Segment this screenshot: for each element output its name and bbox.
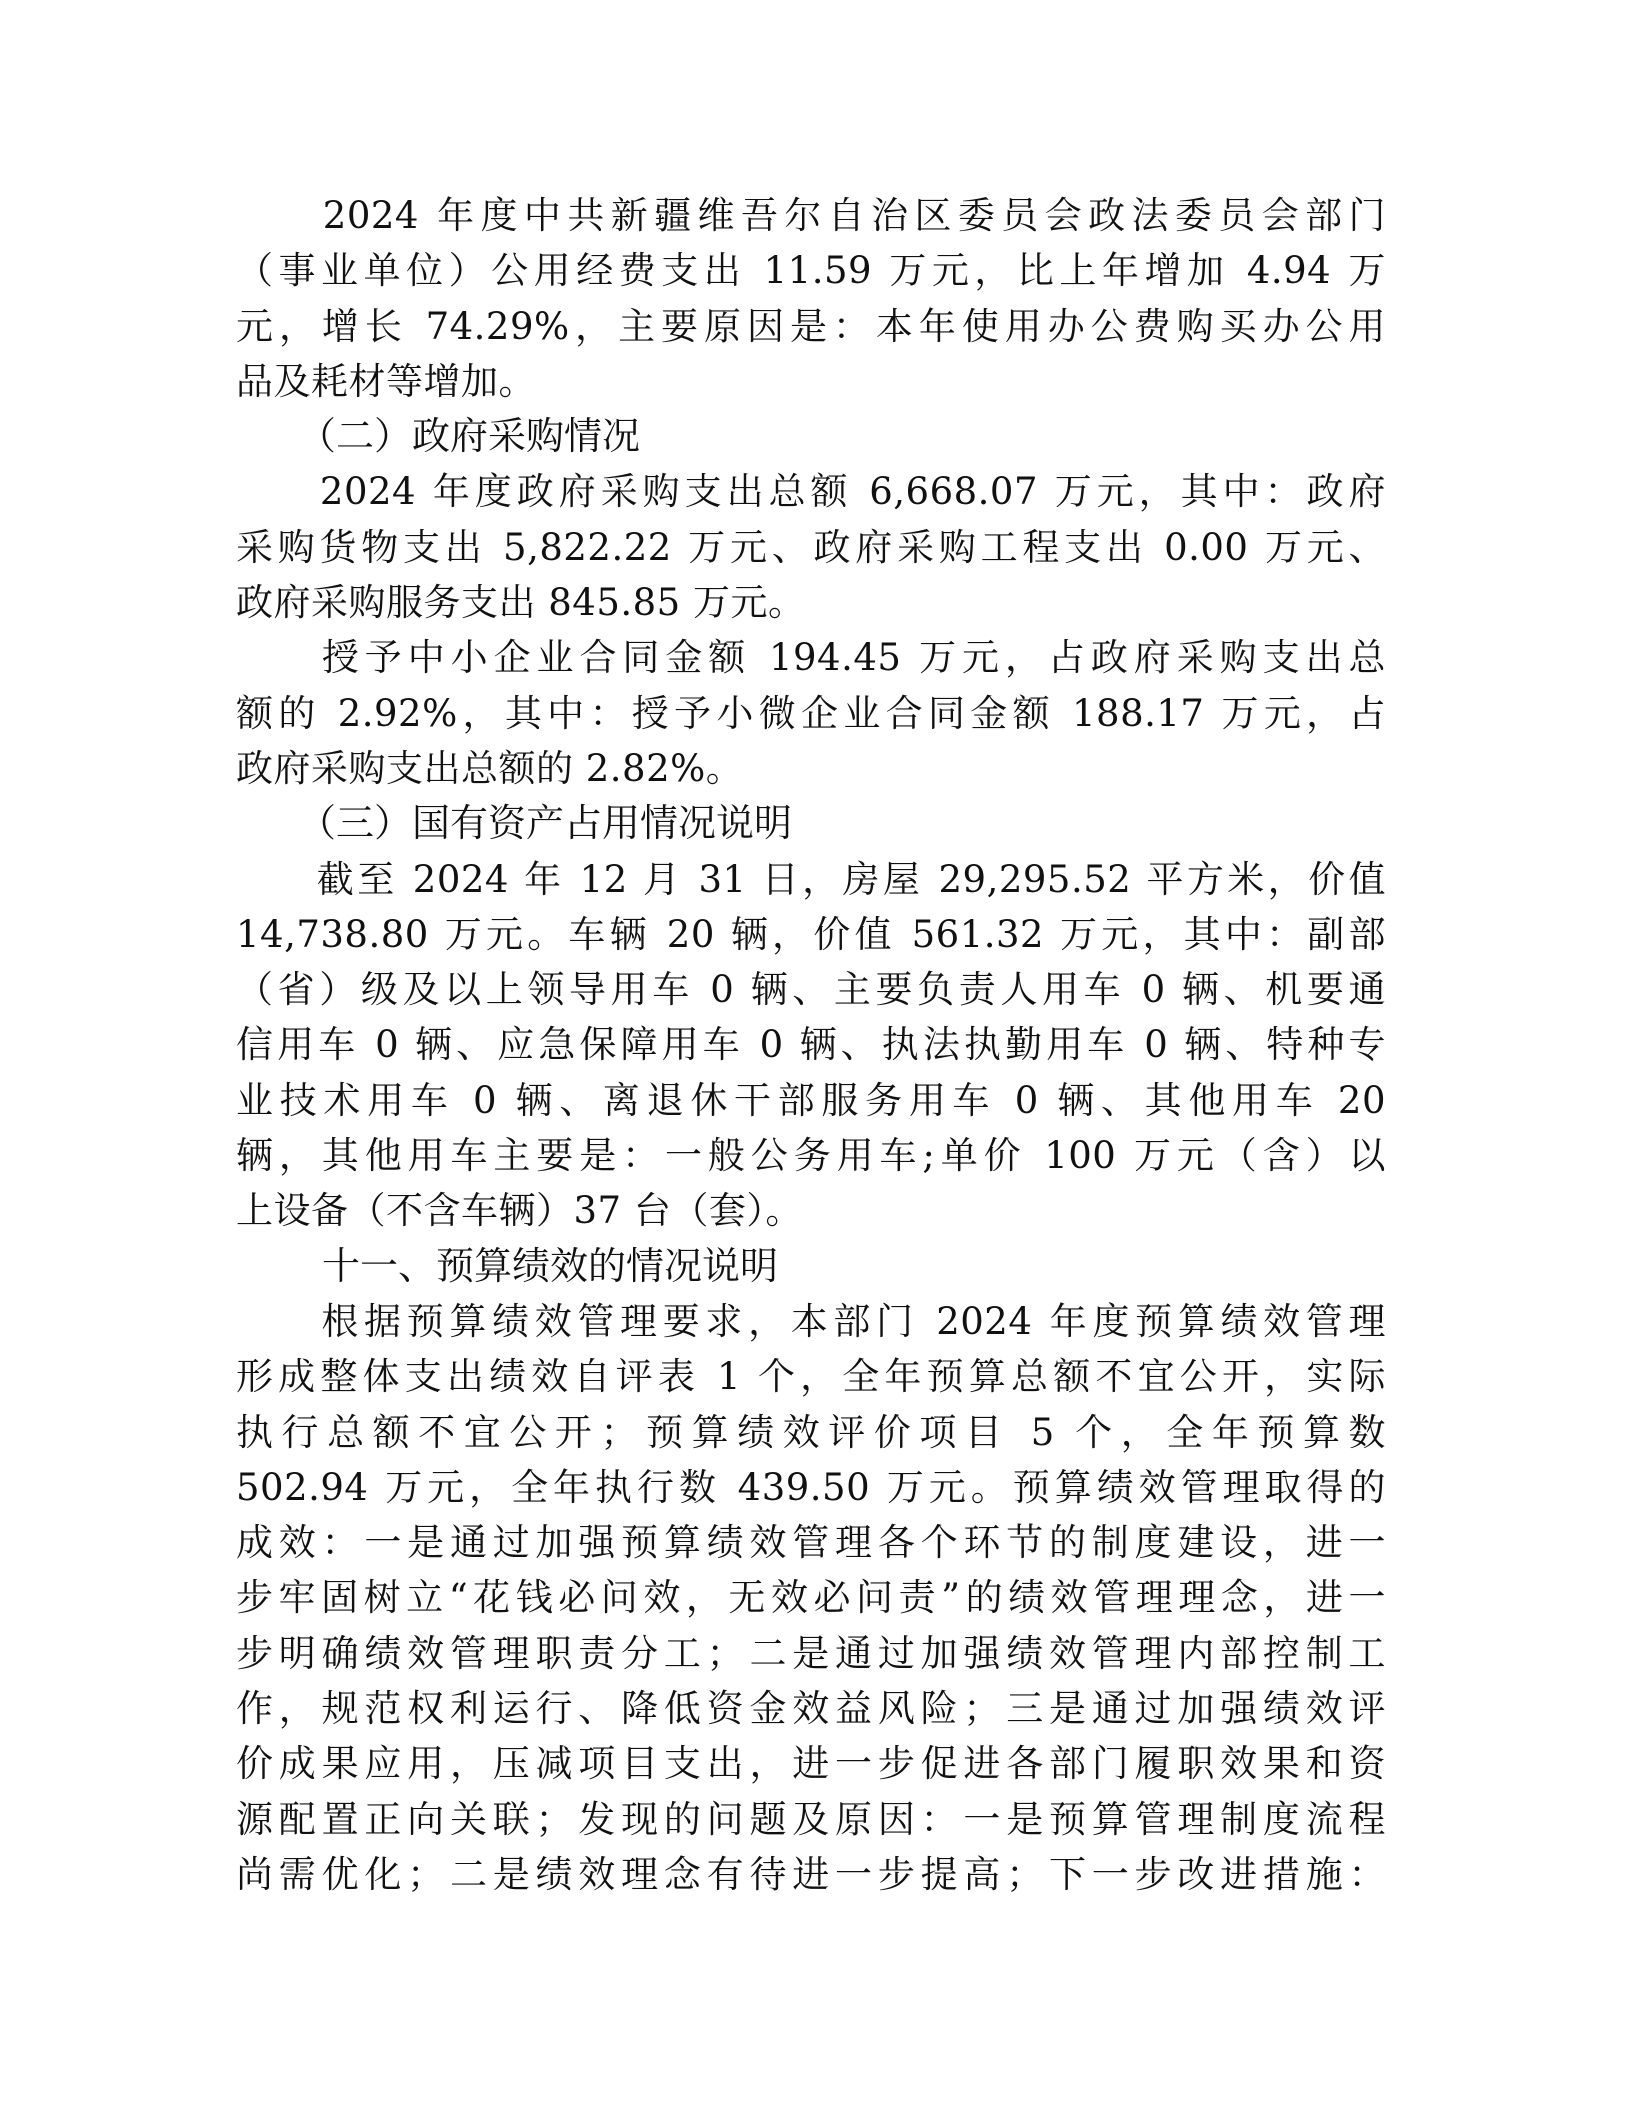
text-line: 政府采购服务支出 845.85 万元。 bbox=[236, 575, 1386, 630]
paragraph-public-expenditure: 2024 年度中共新疆维吾尔自治区委员会政法委员会部门 （事业单位）公用经费支出… bbox=[236, 188, 1386, 409]
text-line: 2024 年度政府采购支出总额 6,668.07 万元，其中：政府 bbox=[236, 464, 1386, 519]
text-line: 14,738.80 万元。车辆 20 辆，价值 561.32 万元，其中：副部 bbox=[236, 907, 1386, 962]
paragraph-sme-contracts: 授予中小企业合同金额 194.45 万元，占政府采购支出总 额的 2.92%，其… bbox=[236, 630, 1386, 796]
text-line: 步明确绩效管理职责分工；二是通过加强绩效管理内部控制工 bbox=[236, 1626, 1386, 1681]
text-line: （省）级及以上领导用车 0 辆、主要负责人用车 0 辆、机要通 bbox=[236, 962, 1386, 1017]
text-line: 上设备（不含车辆）37 台（套）。 bbox=[236, 1183, 1386, 1238]
text-line: 执行总额不宜公开；预算绩效评价项目 5 个，全年预算数 bbox=[236, 1405, 1386, 1460]
section-heading-budget-performance: 十一、预算绩效的情况说明 bbox=[236, 1239, 1386, 1294]
text-line: 尚需优化；二是绩效理念有待进一步提高；下一步改进措施： bbox=[236, 1847, 1386, 1902]
text-line: 辆，其他用车主要是：一般公务用车;单价 100 万元（含）以 bbox=[236, 1128, 1386, 1183]
text-line: 信用车 0 辆、应急保障用车 0 辆、执法执勤用车 0 辆、特种专 bbox=[236, 1017, 1386, 1072]
text-line: 元，增长 74.29%，主要原因是：本年使用办公费购买办公用 bbox=[236, 299, 1386, 354]
document-page: 2024 年度中共新疆维吾尔自治区委员会政法委员会部门 （事业单位）公用经费支出… bbox=[236, 188, 1386, 1902]
text-line: 形成整体支出绩效自评表 1 个，全年预算总额不宜公开，实际 bbox=[236, 1349, 1386, 1404]
text-line: 价成果应用，压减项目支出，进一步促进各部门履职效果和资 bbox=[236, 1736, 1386, 1791]
text-line: 根据预算绩效管理要求，本部门 2024 年度预算绩效管理 bbox=[236, 1294, 1386, 1349]
text-line: （事业单位）公用经费支出 11.59 万元，比上年增加 4.94 万 bbox=[236, 243, 1386, 298]
text-line: 步牢固树立“花钱必问效，无效必问责”的绩效管理理念，进一 bbox=[236, 1570, 1386, 1625]
text-line: 源配置正向关联；发现的问题及原因：一是预算管理制度流程 bbox=[236, 1792, 1386, 1847]
paragraph-state-assets: 截至 2024 年 12 月 31 日，房屋 29,295.52 平方米，价值 … bbox=[236, 852, 1386, 1239]
text-line: 成效：一是通过加强预算绩效管理各个环节的制度建设，进一 bbox=[236, 1515, 1386, 1570]
text-line: 业技术用车 0 辆、离退休干部服务用车 0 辆、其他用车 20 bbox=[236, 1073, 1386, 1128]
text-line: 2024 年度中共新疆维吾尔自治区委员会政法委员会部门 bbox=[236, 188, 1386, 243]
section-heading-state-assets: （三）国有资产占用情况说明 bbox=[236, 796, 1386, 851]
section-heading-government-procurement: （二）政府采购情况 bbox=[236, 409, 1386, 464]
text-line: 品及耗材等增加。 bbox=[236, 354, 1386, 409]
text-line: 502.94 万元，全年执行数 439.50 万元。预算绩效管理取得的 bbox=[236, 1460, 1386, 1515]
paragraph-procurement-totals: 2024 年度政府采购支出总额 6,668.07 万元，其中：政府 采购货物支出… bbox=[236, 464, 1386, 630]
text-line: 授予中小企业合同金额 194.45 万元，占政府采购支出总 bbox=[236, 630, 1386, 685]
text-line: 政府采购支出总额的 2.82%。 bbox=[236, 741, 1386, 796]
text-line: 作，规范权利运行、降低资金效益风险；三是通过加强绩效评 bbox=[236, 1681, 1386, 1736]
text-line: 额的 2.92%，其中：授予小微企业合同金额 188.17 万元，占 bbox=[236, 686, 1386, 741]
text-line: 采购货物支出 5,822.22 万元、政府采购工程支出 0.00 万元、 bbox=[236, 520, 1386, 575]
paragraph-budget-performance: 根据预算绩效管理要求，本部门 2024 年度预算绩效管理 形成整体支出绩效自评表… bbox=[236, 1294, 1386, 1902]
text-line: 截至 2024 年 12 月 31 日，房屋 29,295.52 平方米，价值 bbox=[236, 852, 1386, 907]
